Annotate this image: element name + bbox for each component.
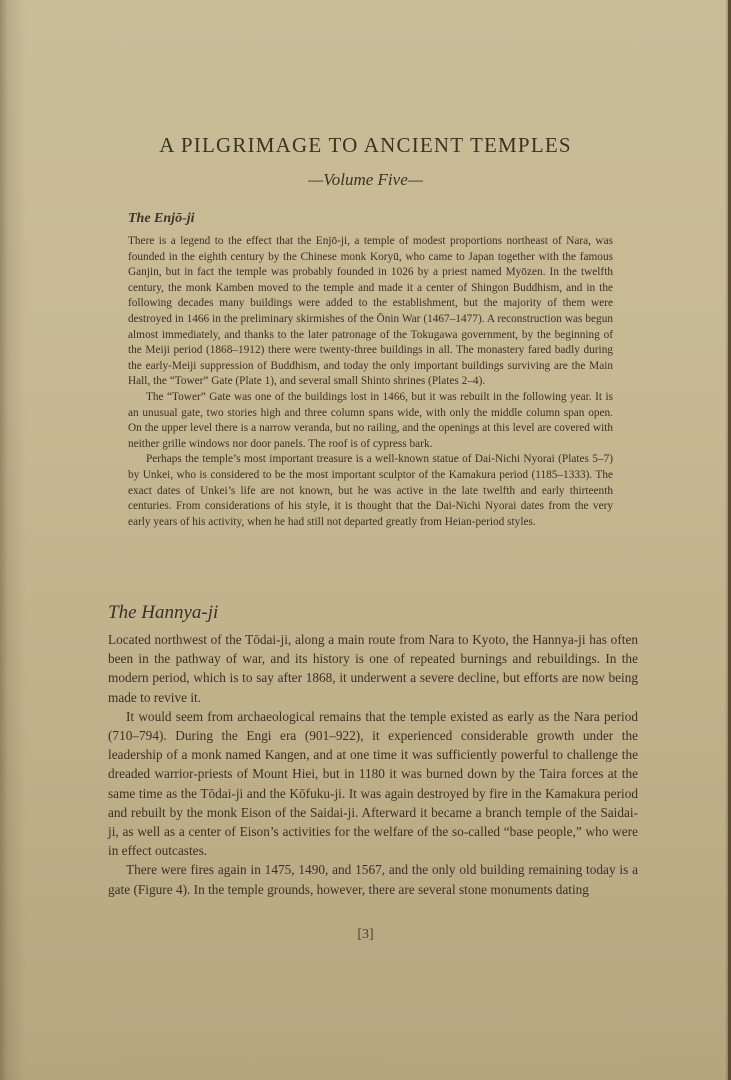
volume-subtitle: —Volume Five— bbox=[0, 170, 731, 190]
section-enjo-ji: The Enjō-ji There is a legend to the eff… bbox=[128, 211, 613, 530]
paragraph: There were fires again in 1475, 1490, an… bbox=[108, 860, 638, 898]
paragraph: Located northwest of the Tōdai-ji, along… bbox=[108, 630, 638, 707]
paragraph: There is a legend to the effect that the… bbox=[128, 234, 613, 390]
paragraph: It would seem from archaeological remain… bbox=[108, 707, 638, 861]
section-heading: The Hannya-ji bbox=[108, 602, 638, 624]
paragraph: The “Tower” Gate was one of the building… bbox=[128, 390, 613, 452]
section-hannya-ji: The Hannya-ji Located northwest of the T… bbox=[108, 602, 638, 899]
page-title: A PILGRIMAGE TO ANCIENT TEMPLES bbox=[0, 133, 731, 158]
paragraph: Perhaps the temple’s most important trea… bbox=[128, 452, 613, 530]
book-page: A PILGRIMAGE TO ANCIENT TEMPLES —Volume … bbox=[0, 0, 731, 1080]
section-heading: The Enjō-ji bbox=[128, 211, 613, 227]
page-number: [3] bbox=[0, 927, 731, 943]
